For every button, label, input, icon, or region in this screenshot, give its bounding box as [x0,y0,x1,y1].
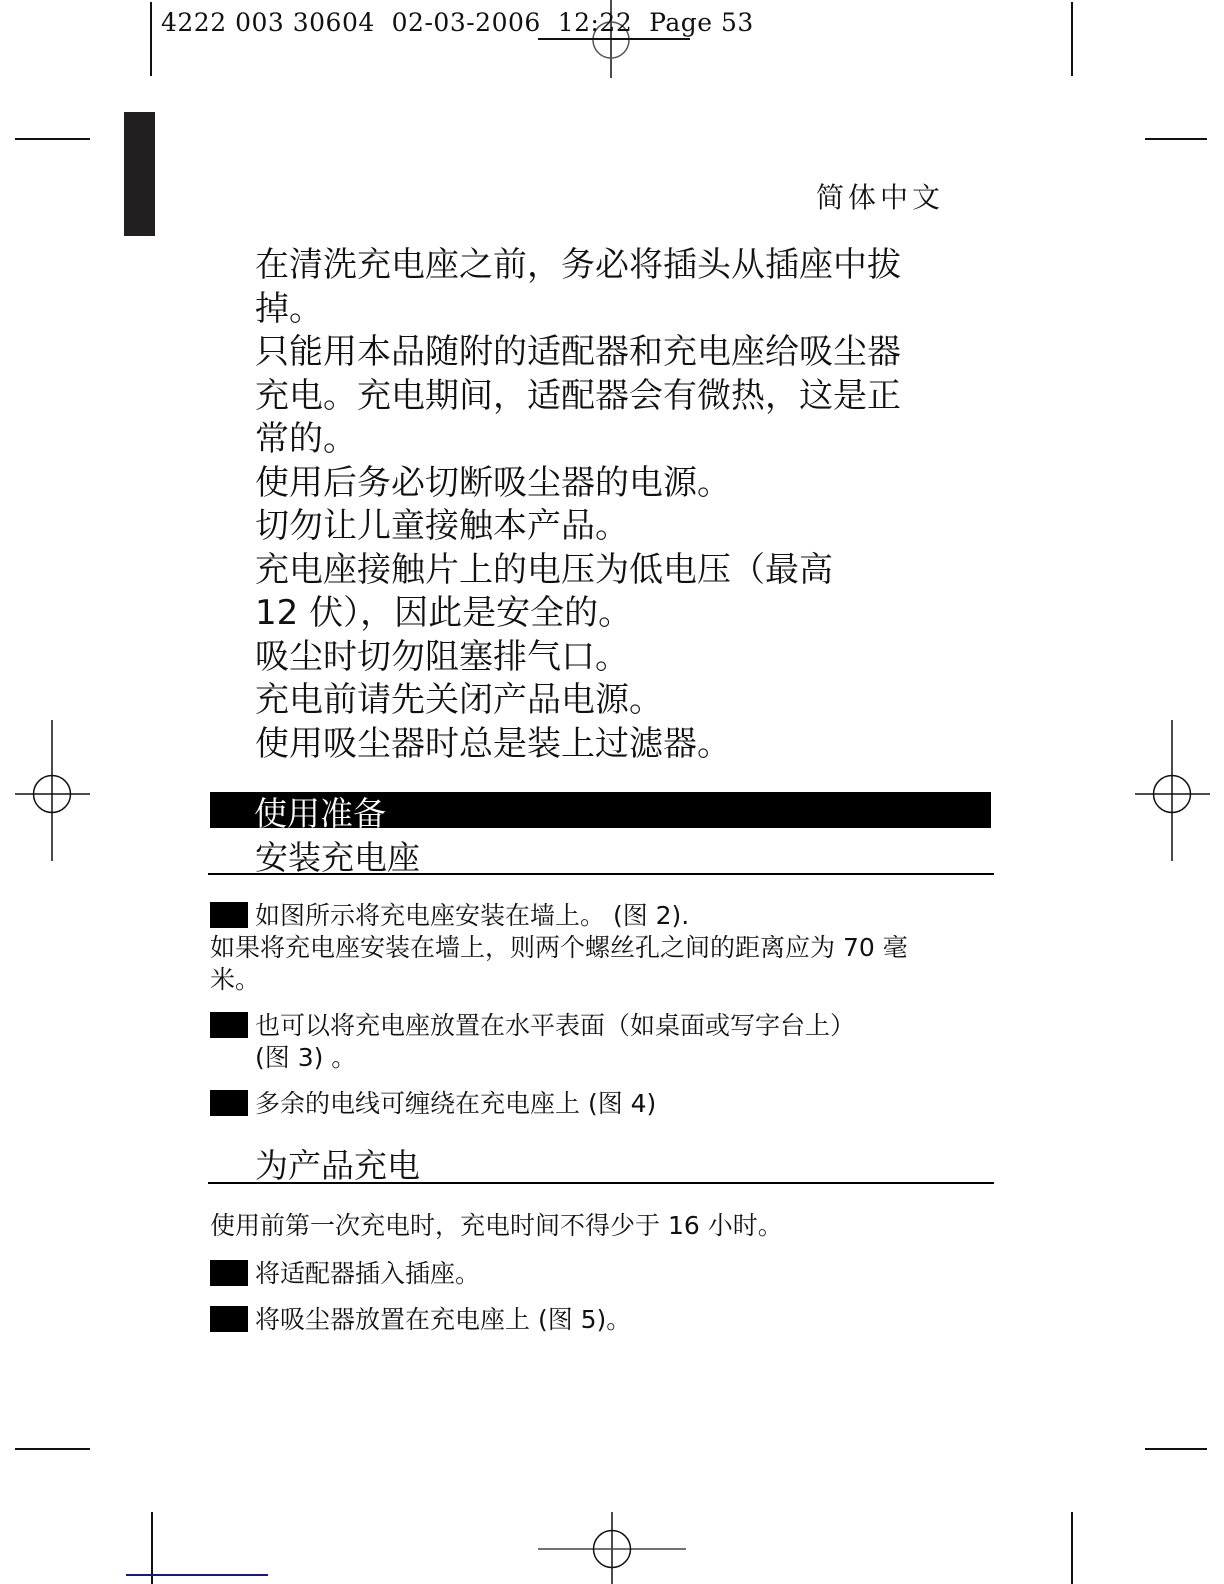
trim-mark-bottom-blue [126,1574,268,1576]
warning-line: 在清洗充电座之前，务必将插头从插座中拔 [255,244,995,288]
crop-mark-top-left-vertical [150,2,152,76]
step-text: 多余的电线可缠绕在充电座上 (图 4) [255,1088,656,1120]
section-title: 使用准备 [254,794,386,834]
warning-line: 12 伏），因此是安全的。 [255,592,995,636]
safety-warnings: 在清洗充电座之前，务必将插头从插座中拔 掉。 只能用本品随附的适配器和充电座给吸… [255,244,995,766]
warning-line: 充电座接触片上的电压为低电压（最高 [255,549,995,593]
crop-mark-upper-left-horizontal [15,138,90,140]
warning-line: 掉。 [255,288,995,332]
print-slug: 4222 003 30604 02-03-2006 12:22 Page 53 [161,8,754,37]
step-note-line: 如果将充电座安装在墙上，则两个螺丝孔之间的距离应为 70 毫 [210,932,1000,964]
charging-intro: 使用前第一次充电时，充电时间不得少于 16 小时。 [210,1210,1000,1242]
warning-line: 常的。 [255,418,995,462]
registration-mark-left-icon [10,715,95,865]
warning-line: 只能用本品随附的适配器和充电座给吸尘器 [255,331,995,375]
step-bullet-icon [210,902,248,928]
warning-line: 使用后务必切断吸尘器的电源。 [255,462,995,506]
step-text: 将吸尘器放置在充电座上 (图 5)。 [255,1304,631,1336]
step-bullet-icon [210,1260,248,1286]
step-text: 将适配器插入插座。 [255,1258,480,1290]
step-text: 如图所示将充电座安装在墙上。 (图 2). [255,900,689,932]
crop-mark-lower-right-horizontal [1145,1448,1207,1450]
crop-mark-lower-left-horizontal [15,1448,90,1450]
language-thumb-tab [124,112,155,236]
step-text: (图 3) 。 [255,1042,356,1074]
warning-line: 充电前请先关闭产品电源。 [255,679,995,723]
subsection-title-install: 安装充电座 [255,832,420,879]
warning-line: 充电。充电期间，适配器会有微热，这是正 [255,375,995,419]
subsection-title-charging: 为产品充电 [255,1140,420,1187]
step-note-line: 米。 [210,964,1000,996]
step-bullet-icon [210,1090,248,1116]
warning-line: 使用吸尘器时总是装上过滤器。 [255,723,995,767]
slug-underline [538,38,690,40]
subsection-rule [208,1182,994,1184]
crop-mark-bottom-right-vertical [1071,1512,1073,1584]
step-text: 也可以将充电座放置在水平表面（如桌面或写字台上） [255,1010,855,1042]
warning-line: 切勿让儿童接触本产品。 [255,505,995,549]
crop-mark-upper-right-horizontal [1145,138,1207,140]
step-bullet-icon [210,1012,248,1038]
step-bullet-icon [210,1306,248,1332]
registration-mark-right-icon [1130,715,1215,865]
warning-line: 吸尘时切勿阻塞排气口。 [255,636,995,680]
language-label: 简体中文 [816,176,944,216]
section-heading-bar: 使用准备 [210,792,991,828]
subsection-rule [208,873,994,875]
crop-mark-top-right-vertical [1071,2,1073,76]
registration-mark-bottom-icon [536,1510,688,1584]
